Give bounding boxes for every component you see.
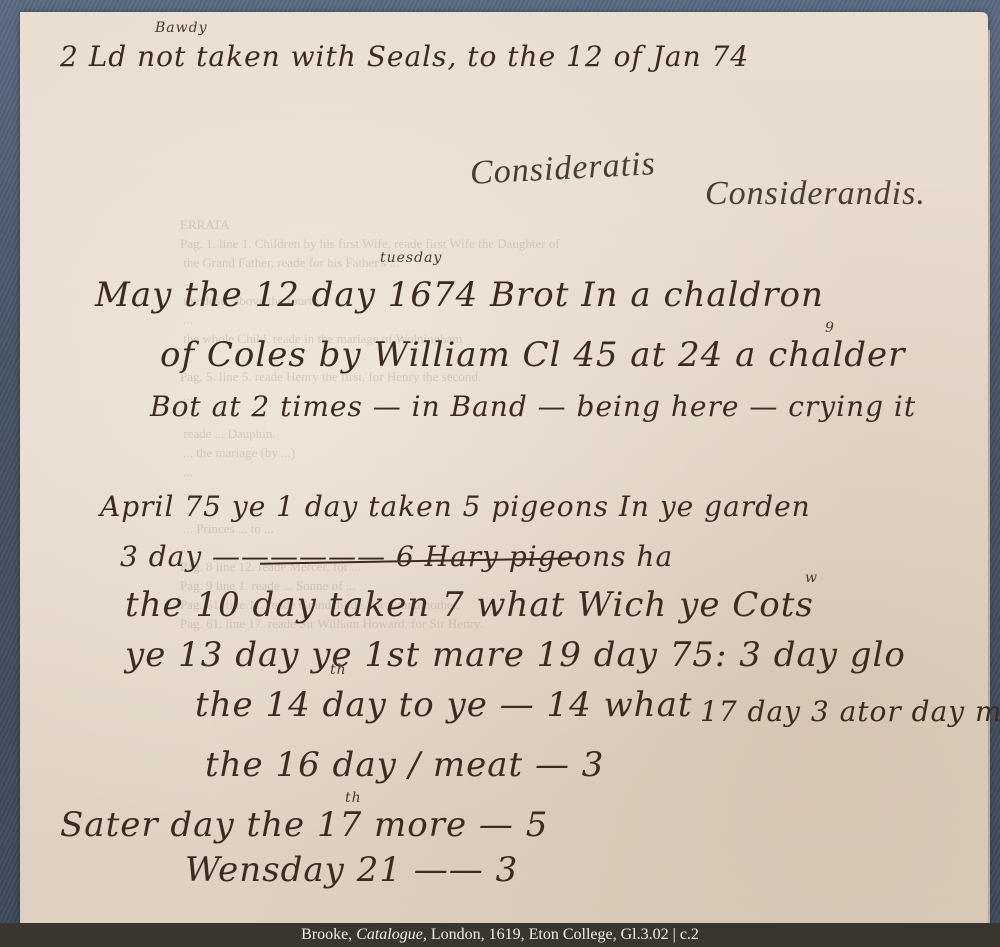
entry2-line5-right: 17 day 3 ator day mare - 2 (700, 695, 1000, 728)
entry1-line2-superscript: 9 (825, 320, 835, 336)
entry2-line3: the 10 day taken 7 what Wich ye Cots (125, 585, 814, 625)
heading-right: Considerandis. (705, 175, 926, 213)
entry1-line3: Bot at 2 times — in Band — being here — … (150, 390, 916, 423)
entry2-line5-superscript: th (330, 662, 347, 678)
caption-title: Catalogue, (356, 926, 427, 943)
caption-author: Brooke, (301, 926, 352, 943)
caption: Brooke, Catalogue, London, 1619, Eton Co… (301, 926, 699, 944)
entry2-line4: ye 13 day ye 1st mare 19 day 75: 3 day g… (125, 635, 906, 675)
entry2-line6: the 16 day / meat — 3 (205, 745, 604, 785)
caption-details: London, 1619, Eton College, Gl.3.02 | c.… (431, 926, 699, 943)
entry1-line1: May the 12 day 1674 Brot In a chaldron (95, 275, 824, 315)
entry1-superscript: tuesday (380, 250, 442, 266)
entry2-line3-superscript: w (805, 570, 818, 586)
header-line: 2 Ld not taken with Seals, to the 12 of … (60, 40, 749, 73)
entry2-line5: the 14 day to ye — 14 what (195, 685, 693, 725)
caption-bar: Brooke, Catalogue, London, 1619, Eton Co… (0, 923, 1000, 947)
header-superscript: Bawdy (155, 20, 208, 36)
entry1-line2: of Coles by William Cl 45 at 24 a chalde… (160, 335, 905, 375)
entry2-line8: Wensday 21 —— 3 (185, 850, 518, 890)
entry2-line1: April 75 ye 1 day taken 5 pigeons In ye … (100, 490, 811, 523)
entry2-line7-superscript: th (345, 790, 362, 806)
entry2-line2: 3 day —————— 6 Hary pigeons ha (120, 540, 673, 573)
entry2-line7: Sater day the 17 more — 5 (60, 805, 548, 845)
